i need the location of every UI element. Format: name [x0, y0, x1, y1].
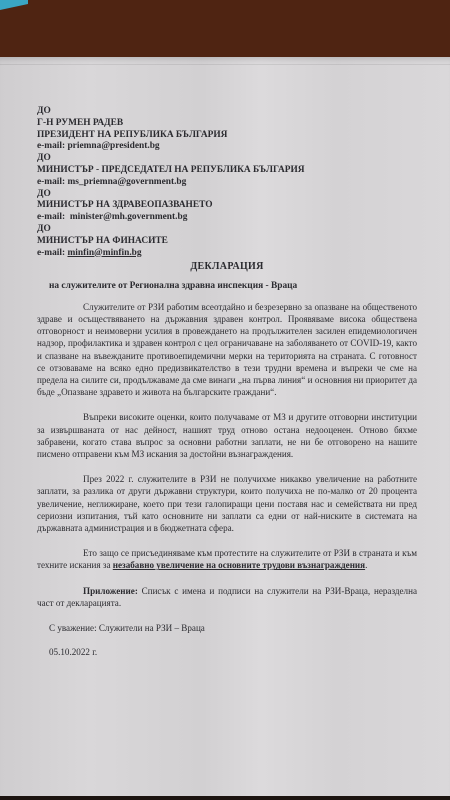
- addressee-email-line: e-mail: ms_priemna@government.bg: [37, 177, 417, 189]
- addressee-title: МИНИСТЪР - ПРЕДСЕДАТЕЛ НА РЕПУБЛИКА БЪЛГ…: [37, 165, 417, 177]
- paragraph: През 2022 г. служителите в РЗИ не получи…: [37, 473, 417, 534]
- email-label: e-mail:: [37, 248, 65, 258]
- addressee-to: ДО: [37, 224, 417, 236]
- addressee-email-line: e-mail: minister@mh.government.bg: [37, 212, 417, 224]
- addressee-email-line: e-mail: priemna@president.bg: [37, 141, 417, 153]
- declaration-document: ДО Г-Н РУМЕН РАДЕВ ПРЕЗИДЕНТ НА РЕПУБЛИК…: [37, 106, 417, 658]
- background-object: [0, 0, 28, 10]
- addressee-title: МИНИСТЪР НА ЗДРАВЕОПАЗВАНЕТО: [37, 200, 417, 212]
- paragraph: Въпреки високите оценки, които получавам…: [37, 411, 417, 460]
- demand-emphasis: незабавно увеличение на основните трудов…: [113, 560, 365, 570]
- table-edge: [0, 796, 450, 800]
- document-title: ДЕКЛАРАЦИЯ: [37, 261, 417, 273]
- document-date: 05.10.2022 г.: [37, 646, 417, 658]
- email-link: minister@mh.government.bg: [70, 212, 188, 222]
- email-label: e-mail:: [37, 177, 65, 187]
- signature: С уважение: Служители на РЗИ – Враца: [37, 622, 417, 634]
- final-paragraph: Ето защо се присъединяваме към протестит…: [37, 547, 417, 571]
- paper-fold: [0, 64, 450, 65]
- paragraph: Служителите от РЗИ работим всеотдайно и …: [37, 301, 417, 399]
- email-label: e-mail:: [37, 212, 65, 222]
- document-subtitle: на служителите от Регионална здравна инс…: [37, 280, 417, 292]
- email-link: priemna@president.bg: [67, 141, 159, 151]
- attachment-note: Приложение: Списък с имена и подписи на …: [37, 585, 417, 609]
- addressee-to: ДО: [37, 106, 417, 118]
- addressee-to: ДО: [37, 189, 417, 201]
- email-link: minfin@minfin.bg: [67, 248, 141, 258]
- addressee-title: ПРЕЗИДЕНТ НА РЕПУБЛИКА БЪЛГАРИЯ: [37, 130, 417, 142]
- email-link: ms_priemna@government.bg: [67, 177, 186, 187]
- addressee-to: ДО: [37, 153, 417, 165]
- email-label: e-mail:: [37, 141, 65, 151]
- addressee-name: Г-Н РУМЕН РАДЕВ: [37, 118, 417, 130]
- addressee-block: ДО Г-Н РУМЕН РАДЕВ ПРЕЗИДЕНТ НА РЕПУБЛИК…: [37, 106, 417, 259]
- attachment-label: Приложение:: [83, 586, 138, 596]
- addressee-title: МИНИСТЪР НА ФИНАСИТЕ: [37, 236, 417, 248]
- final-paragraph-end: .: [365, 560, 367, 570]
- addressee-email-line: e-mail: minfin@minfin.bg: [37, 248, 417, 260]
